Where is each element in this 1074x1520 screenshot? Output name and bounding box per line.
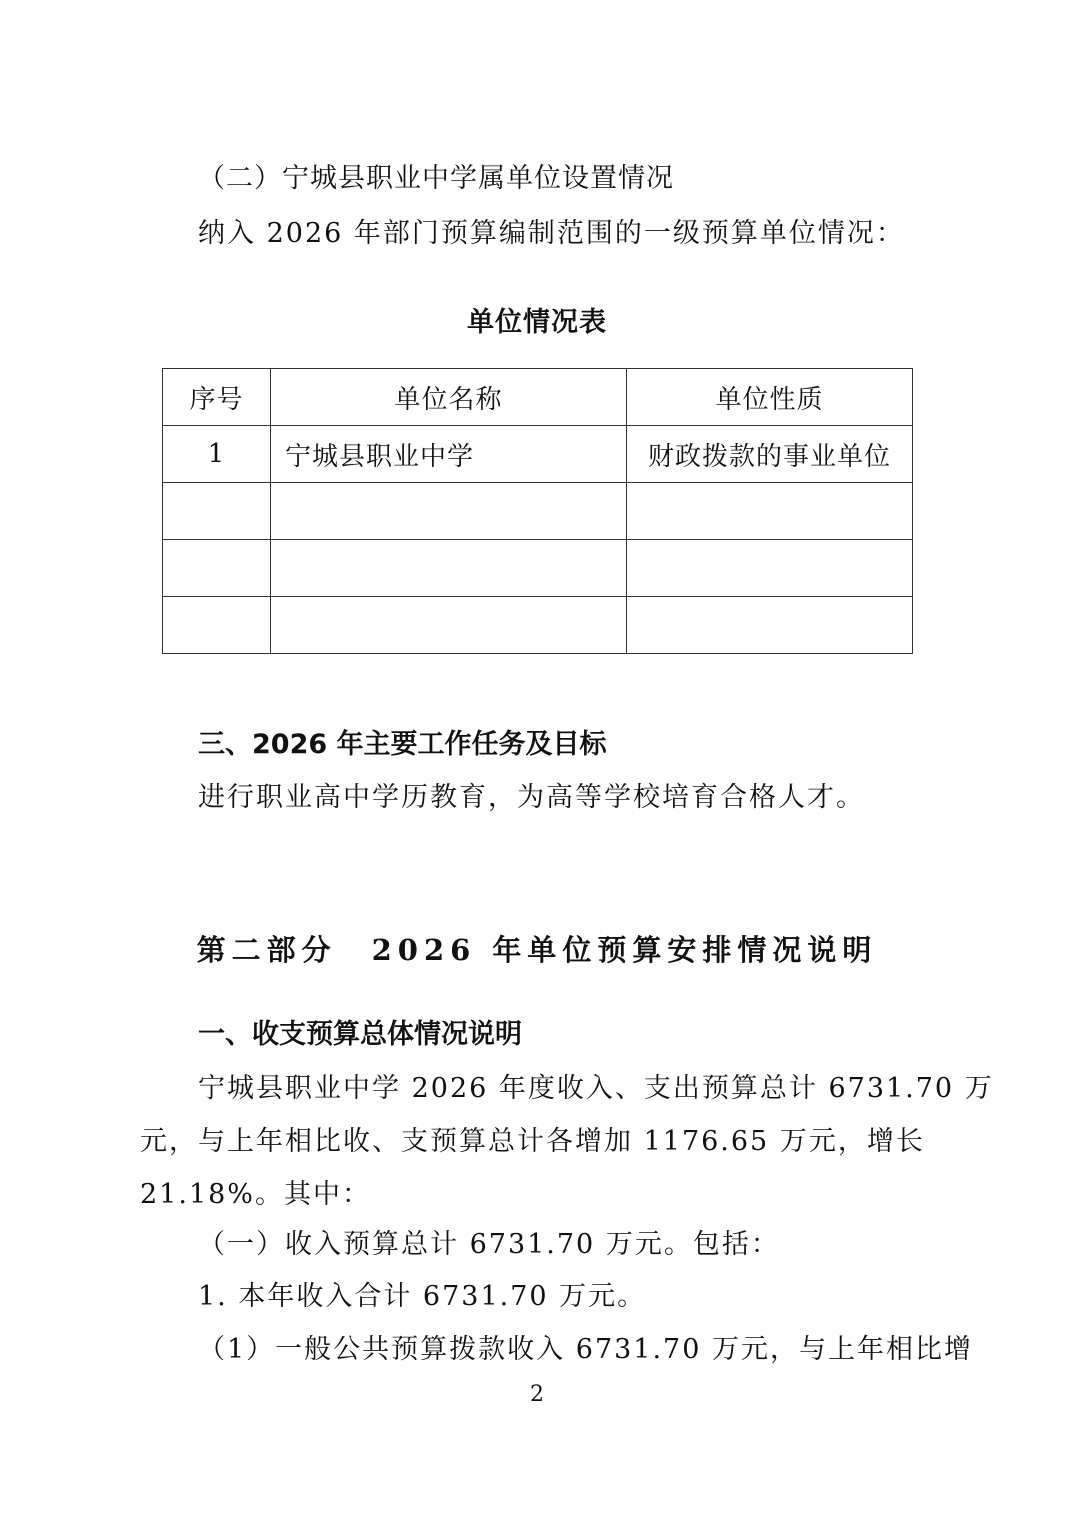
income-item-1: 1. 本年收入合计 6731.70 万元。: [198, 1274, 646, 1313]
section-2-intro: 纳入 2026 年部门预算编制范围的一级预算单位情况：: [198, 211, 905, 250]
table-header-row: 序号 单位名称 单位性质: [163, 369, 913, 426]
cell-unit-name: [271, 597, 627, 654]
cell-unit-type: [627, 540, 913, 597]
section-2-heading: （二）宁城县职业中学属单位设置情况: [198, 156, 674, 195]
header-unit-type: 单位性质: [627, 369, 913, 426]
part-2-section-1-heading: 一、收支预算总体情况说明: [198, 1012, 522, 1051]
unit-table: 序号 单位名称 单位性质 1 宁城县职业中学 财政拨款的事业单位: [162, 368, 913, 654]
table-title: 单位情况表: [0, 300, 1074, 339]
cell-unit-type: 财政拨款的事业单位: [627, 426, 913, 483]
cell-index: [163, 597, 271, 654]
part-2-title: 第二部分 2026 年单位预算安排情况说明: [0, 928, 1074, 969]
page-number: 2: [0, 1382, 1074, 1407]
cell-index: [163, 483, 271, 540]
section-3-heading: 三、2026 年主要工作任务及目标: [198, 722, 607, 761]
paragraph-line-2: 元，与上年相比收、支预算总计各增加 1176.65 万元，增长: [140, 1119, 925, 1158]
income-item-1-1: （1）一般公共预算拨款收入 6731.70 万元，与上年相比增: [198, 1327, 973, 1366]
cell-unit-type: [627, 483, 913, 540]
table-row: [163, 540, 913, 597]
section-3-text: 进行职业高中学历教育，为高等学校培育合格人才。: [198, 775, 865, 814]
table-row: [163, 483, 913, 540]
table-row: 1 宁城县职业中学 财政拨款的事业单位: [163, 426, 913, 483]
cell-unit-name: [271, 540, 627, 597]
cell-index: [163, 540, 271, 597]
table-row: [163, 597, 913, 654]
cell-unit-type: [627, 597, 913, 654]
cell-unit-name: 宁城县职业中学: [271, 426, 627, 483]
header-unit-name: 单位名称: [271, 369, 627, 426]
paragraph-line-3: 21.18%。其中：: [140, 1172, 371, 1211]
income-total-line: （一）收入预算总计 6731.70 万元。包括：: [198, 1222, 780, 1261]
cell-index: 1: [163, 426, 271, 483]
cell-unit-name: [271, 483, 627, 540]
paragraph-line-1: 宁城县职业中学 2026 年度收入、支出预算总计 6731.70 万: [198, 1066, 994, 1105]
header-index: 序号: [163, 369, 271, 426]
